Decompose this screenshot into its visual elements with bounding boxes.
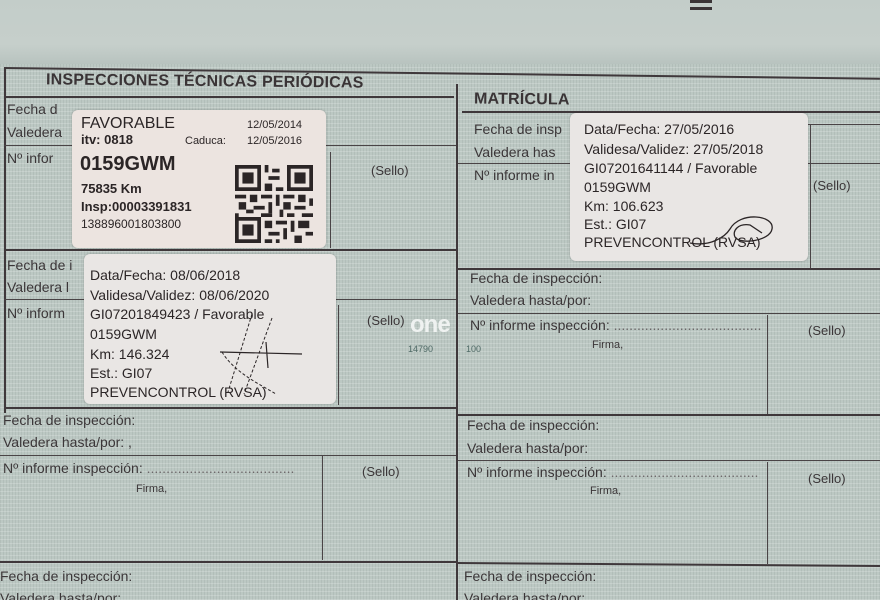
title-rule-left: [4, 96, 454, 98]
fecha-label: Fecha de inspección:: [0, 568, 132, 584]
fecha-label: Fecha d: [7, 101, 58, 117]
valedera-label: Valedera: [7, 124, 62, 140]
informe-label: Nº infor: [7, 150, 53, 166]
sello-divider: [767, 315, 768, 414]
informe-label: Nº informe inspección: .................…: [470, 317, 761, 333]
firma-label: Firma,: [592, 339, 623, 351]
block-rule: [4, 407, 456, 409]
sello-divider: [767, 462, 768, 564]
sello-divider: [338, 305, 339, 405]
validity-date: Validesa/Validez: 08/06/2020: [90, 287, 269, 303]
informe-text: Nº informe inspección:: [467, 464, 607, 480]
block-rule: [0, 561, 456, 563]
valedera-label: Valedera hasta/por:: [470, 292, 591, 308]
plate-number: 0159GWM: [584, 179, 651, 195]
block-rule: [458, 414, 880, 416]
valedera-label: Valedera l: [7, 279, 69, 295]
sello-label: (Sello): [808, 471, 846, 486]
informe-text: Nº informe inspección:: [3, 460, 143, 476]
dotted-line: ......................................: [147, 460, 295, 476]
fecha-label: Fecha de inspección:: [3, 412, 135, 428]
print-mark: [690, 0, 712, 10]
valedera-label: Valedera has: [474, 144, 555, 160]
fecha-label: Fecha de insp: [474, 121, 562, 137]
caduca-date: 12/05/2016: [247, 135, 302, 147]
valedera-label: Valedera hasta/por:: [464, 590, 585, 600]
block-rule: [4, 249, 456, 251]
sello-label: (Sello): [813, 178, 851, 193]
center-divider: [456, 84, 458, 600]
informe-label: Nº informe inspección: .................…: [467, 464, 758, 480]
watermark-number-left: 14790: [408, 344, 433, 354]
report-number: GI07201641144 / Favorable: [584, 160, 757, 176]
fecha-label: Fecha de inspección:: [467, 417, 599, 433]
km-reading: 75835 Km: [81, 181, 142, 196]
sello-label: (Sello): [371, 163, 409, 178]
watermark-number-right: 100: [466, 344, 481, 354]
informe-label: Nº inform: [7, 305, 65, 321]
dotted-line: ......................................: [611, 464, 759, 480]
insp-number: Insp:00003391831: [81, 199, 192, 214]
result-text: FAVORABLE: [81, 115, 175, 133]
document-page: INSPECCIONES TÉCNICAS PERIÓDICAS MATRÍCU…: [0, 0, 880, 600]
valedera-label: Valedera hasta/por: ,: [3, 434, 132, 450]
valedera-label: Valedera hasta/por:: [0, 590, 121, 600]
sello-label: (Sello): [808, 323, 846, 338]
sello-divider: [322, 456, 323, 560]
informe-label: Nº informe inspección: .................…: [3, 460, 294, 476]
sello-label: (Sello): [367, 313, 405, 328]
row-rule: [0, 455, 456, 456]
plate-number: 0159GWM: [90, 326, 157, 342]
fecha-label: Fecha de inspección:: [464, 568, 596, 584]
sello-divider: [810, 124, 811, 270]
qr-code-icon: [232, 165, 316, 243]
fecha-label: Fecha de i: [7, 257, 72, 273]
itv-number: itv: 0818: [81, 132, 133, 147]
itv-sticker-2014: FAVORABLE 12/05/2014 itv: 0818 Caduca: 1…: [72, 110, 326, 248]
firma-label: Firma,: [590, 485, 621, 497]
row-rule: [808, 124, 880, 125]
signature-icon: [680, 207, 780, 251]
plate-number: 0159GWM: [80, 153, 176, 176]
inspection-date: 12/05/2014: [247, 119, 302, 131]
informe-text: Nº informe inspección:: [470, 317, 610, 333]
inspection-date: Data/Fecha: 08/06/2018: [90, 267, 240, 283]
inspection-date: Data/Fecha: 27/05/2016: [584, 121, 734, 137]
barcode-number: 138896001803800: [81, 217, 181, 231]
signature-icon: [214, 312, 314, 396]
fecha-label: Fecha de inspección:: [470, 270, 602, 286]
page-top-fold: [0, 0, 880, 64]
validity-date: Validesa/Validez: 27/05/2018: [584, 141, 763, 157]
row-rule: [458, 313, 880, 314]
sello-label: (Sello): [362, 464, 400, 479]
right-section-title: MATRÍCULA: [474, 90, 570, 109]
km-reading: Km: 106.623: [584, 198, 663, 214]
block-rule: [458, 562, 880, 567]
inspection-sticker-2018: Data/Fecha: 08/06/2018 Validesa/Validez:…: [84, 254, 336, 404]
dotted-line: ......................................: [614, 317, 762, 333]
row-rule: [458, 460, 880, 461]
informe-label: Nº informe in: [474, 167, 555, 183]
inspection-sticker-2016: Data/Fecha: 27/05/2016 Validesa/Validez:…: [570, 113, 808, 261]
left-edge: [4, 68, 6, 413]
left-section-title: INSPECCIONES TÉCNICAS PERIÓDICAS: [46, 71, 364, 92]
valedera-label: Valedera hasta/por:: [467, 440, 588, 456]
caduca-label: Caduca:: [185, 135, 226, 147]
station-code: Est.: GI07: [90, 365, 152, 381]
firma-label: Firma,: [136, 483, 167, 495]
one-logo-watermark: one: [410, 311, 450, 339]
station-code: Est.: GI07: [584, 216, 646, 232]
km-reading: Km: 146.324: [90, 346, 169, 362]
sello-divider: [330, 152, 331, 248]
